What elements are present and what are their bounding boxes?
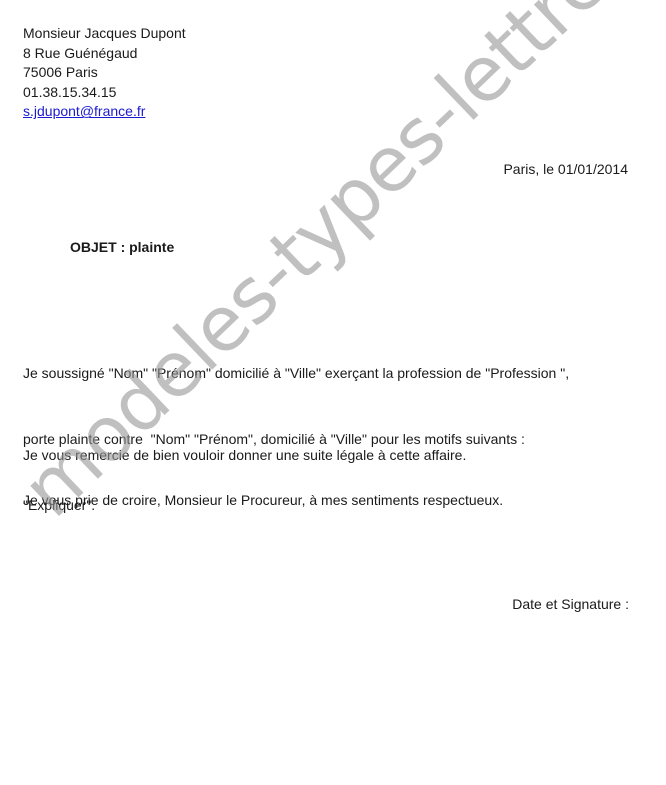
sender-name: Monsieur Jacques Dupont [23,24,186,44]
sender-email-link[interactable]: s.jdupont@france.fr [23,103,145,119]
sender-city: 75006 Paris [23,63,186,83]
body-paragraph-thanks: Je vous remercie de bien vouloir donner … [23,444,466,466]
subject-line: OBJET : plainte [70,239,174,255]
body-paragraph-closing: Je vous prie de croire, Monsieur le Proc… [23,489,503,511]
date-line: Paris, le 01/01/2014 [503,161,628,177]
signature-label: Date et Signature : [512,596,629,612]
sender-block: Monsieur Jacques Dupont 8 Rue Guénégaud … [23,24,186,122]
body-line: Je soussigné "Nom" "Prénom" domicilié à … [23,362,569,384]
sender-phone: 01.38.15.34.15 [23,83,186,103]
sender-street: 8 Rue Guénégaud [23,44,186,64]
body-paragraph-complaint: Je soussigné "Nom" "Prénom" domicilié à … [23,318,569,560]
letter-page: Monsieur Jacques Dupont 8 Rue Guénégaud … [0,0,666,785]
